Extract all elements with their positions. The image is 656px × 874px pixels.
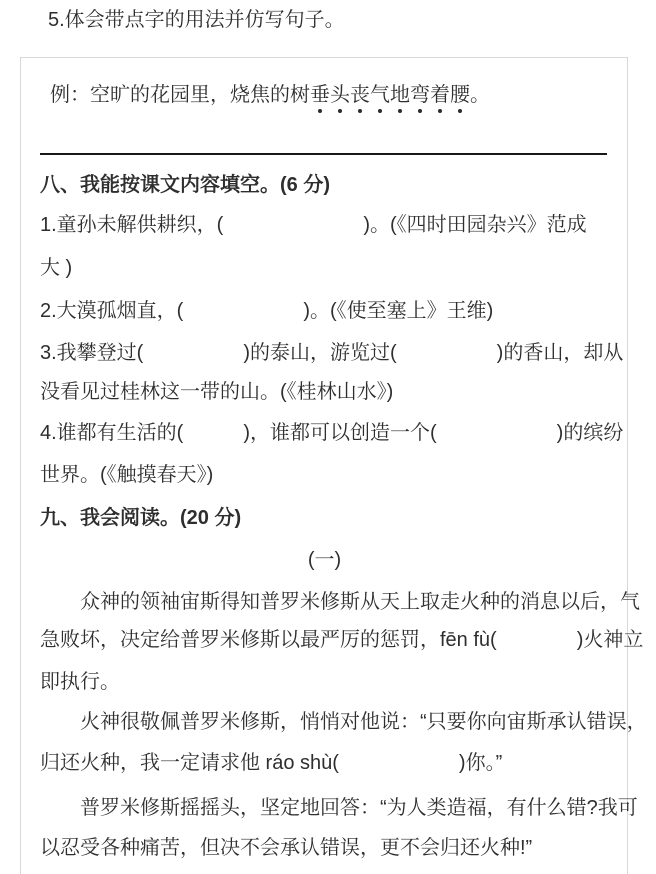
section8-item-4-line-2: 世界。(《触摸春天》): [40, 461, 213, 489]
section8-item-3-line-2: 没看见过桂林这一带的山。(《桂林山水》): [40, 378, 393, 406]
section8-heading: 八、我能按课文内容填空。(6 分): [40, 171, 330, 199]
example-suffix: 。: [470, 84, 490, 106]
passage-paragraph-2-line-2: 归还火种，我一定请求他 ráo shù( )你。”: [40, 749, 502, 777]
example-prefix: 例：空旷的花园里，烧焦的树: [50, 84, 310, 106]
section8-item-4-line-1: 4.谁都有生活的( )，谁都可以创造一个( )的缤纷: [40, 419, 623, 447]
passage-paragraph-3-line-1: 普罗米修斯摇摇头，坚定地回答：“为人类造福，有什么错?我可: [40, 794, 638, 822]
passage-paragraph-1-line-1: 众神的领袖宙斯得知普罗米修斯从天上取走火种的消息以后，气: [40, 588, 640, 616]
passage-paragraph-1-line-3: 即执行。: [40, 668, 120, 696]
example-sentence: 例：空旷的花园里，烧焦的树垂头丧气地弯着腰。: [50, 81, 490, 109]
section8-item-1-line-1: 1.童孙未解供耕织，( )。(《四时田园杂兴》范成: [40, 211, 587, 239]
passage-paragraph-2-line-1: 火神很敬佩普罗米修斯，悄悄对他说：“只要你向宙斯承认错误，: [40, 708, 647, 736]
section8-item-1-line-2: 大 ): [40, 254, 72, 282]
section8-item-2: 2.大漠孤烟直，( )。(《使至塞上》王维): [40, 297, 493, 325]
answer-writing-line: [40, 153, 607, 155]
section8-item-3-line-1: 3.我攀登过( )的泰山，游览过( )的香山，却从: [40, 339, 623, 367]
passage-number-label: (一): [20, 546, 629, 574]
passage-paragraph-3-line-2: 以忍受各种痛苦，但决不会承认错误，更不会归还火种!”: [40, 834, 532, 862]
section9-heading: 九、我会阅读。(20 分): [40, 504, 241, 532]
question5-title: 5.体会带点字的用法并仿写句子。: [48, 6, 345, 34]
passage-paragraph-1-line-2: 急败坏，决定给普罗米修斯以最严厉的惩罚，fēn fù( )火神立: [40, 626, 643, 654]
example-emphasized-text: 垂头丧气地弯着腰: [310, 84, 470, 115]
